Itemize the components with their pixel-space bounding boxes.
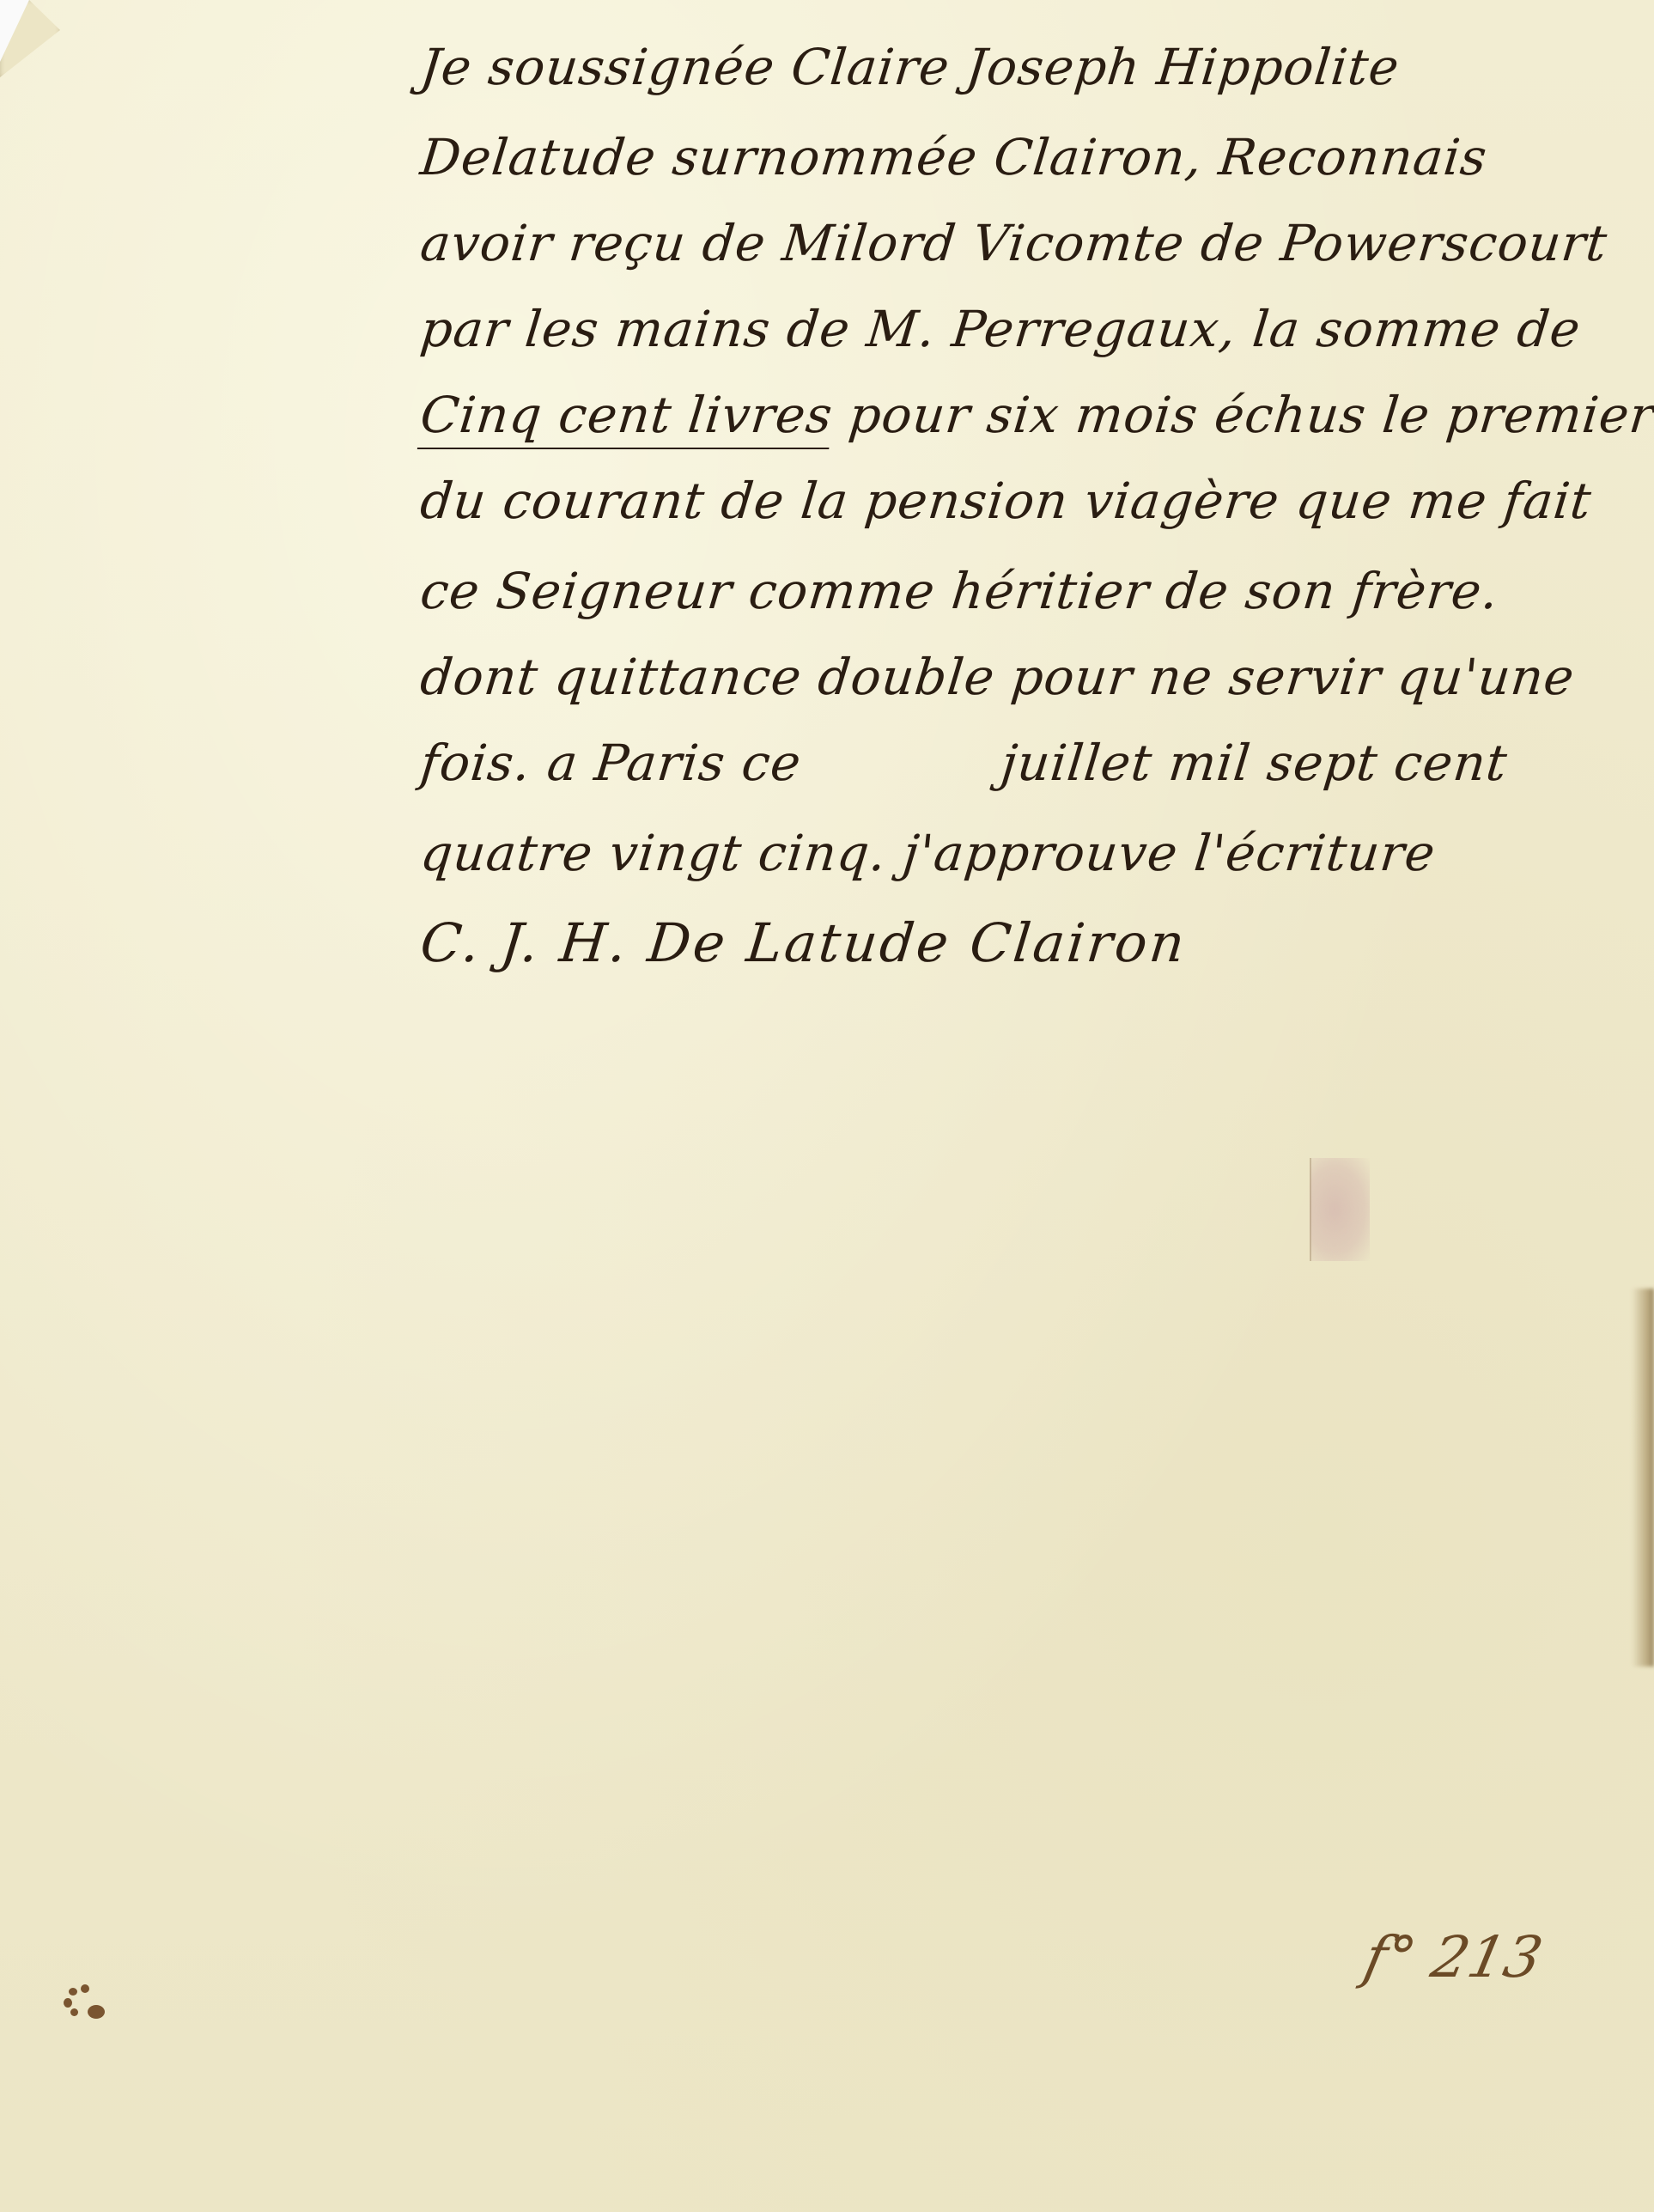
text-line: dont quittance double pour ne servir qu'…: [417, 634, 1579, 720]
text-line: avoir reçu de Milord Vicomte de Powersco…: [417, 200, 1612, 286]
text-line: quatre vingt cinq. j'approuve l'écriture: [417, 810, 1440, 896]
text-line: fois. a Paris ce juillet mil sept cent: [417, 720, 1512, 806]
signature: C. J. H. De Latude Clairon: [417, 900, 1191, 986]
text-line: Je soussignée Claire Joseph Hippolite: [417, 24, 1404, 110]
text-line: ce Seigneur comme héritier de son frère.: [417, 548, 1504, 634]
text-line-rest: pour six mois échus le premier: [830, 386, 1654, 444]
text-line: du courant de la pension viagère que me …: [417, 458, 1596, 544]
underlined-amount: Cinq cent livres: [417, 386, 836, 444]
text-line: par les mains de M. Perregaux, la somme …: [417, 286, 1585, 372]
folio-number: f° 213: [1359, 1924, 1548, 1990]
text-line: Cinq cent livres pour six mois échus le …: [417, 372, 1654, 458]
edge-stain: [1632, 1289, 1654, 1667]
paper-stain: [1310, 1158, 1370, 1261]
text-line: Delatude surnommée Clairon, Reconnais: [417, 114, 1492, 200]
ink-spots: [60, 1984, 112, 2019]
